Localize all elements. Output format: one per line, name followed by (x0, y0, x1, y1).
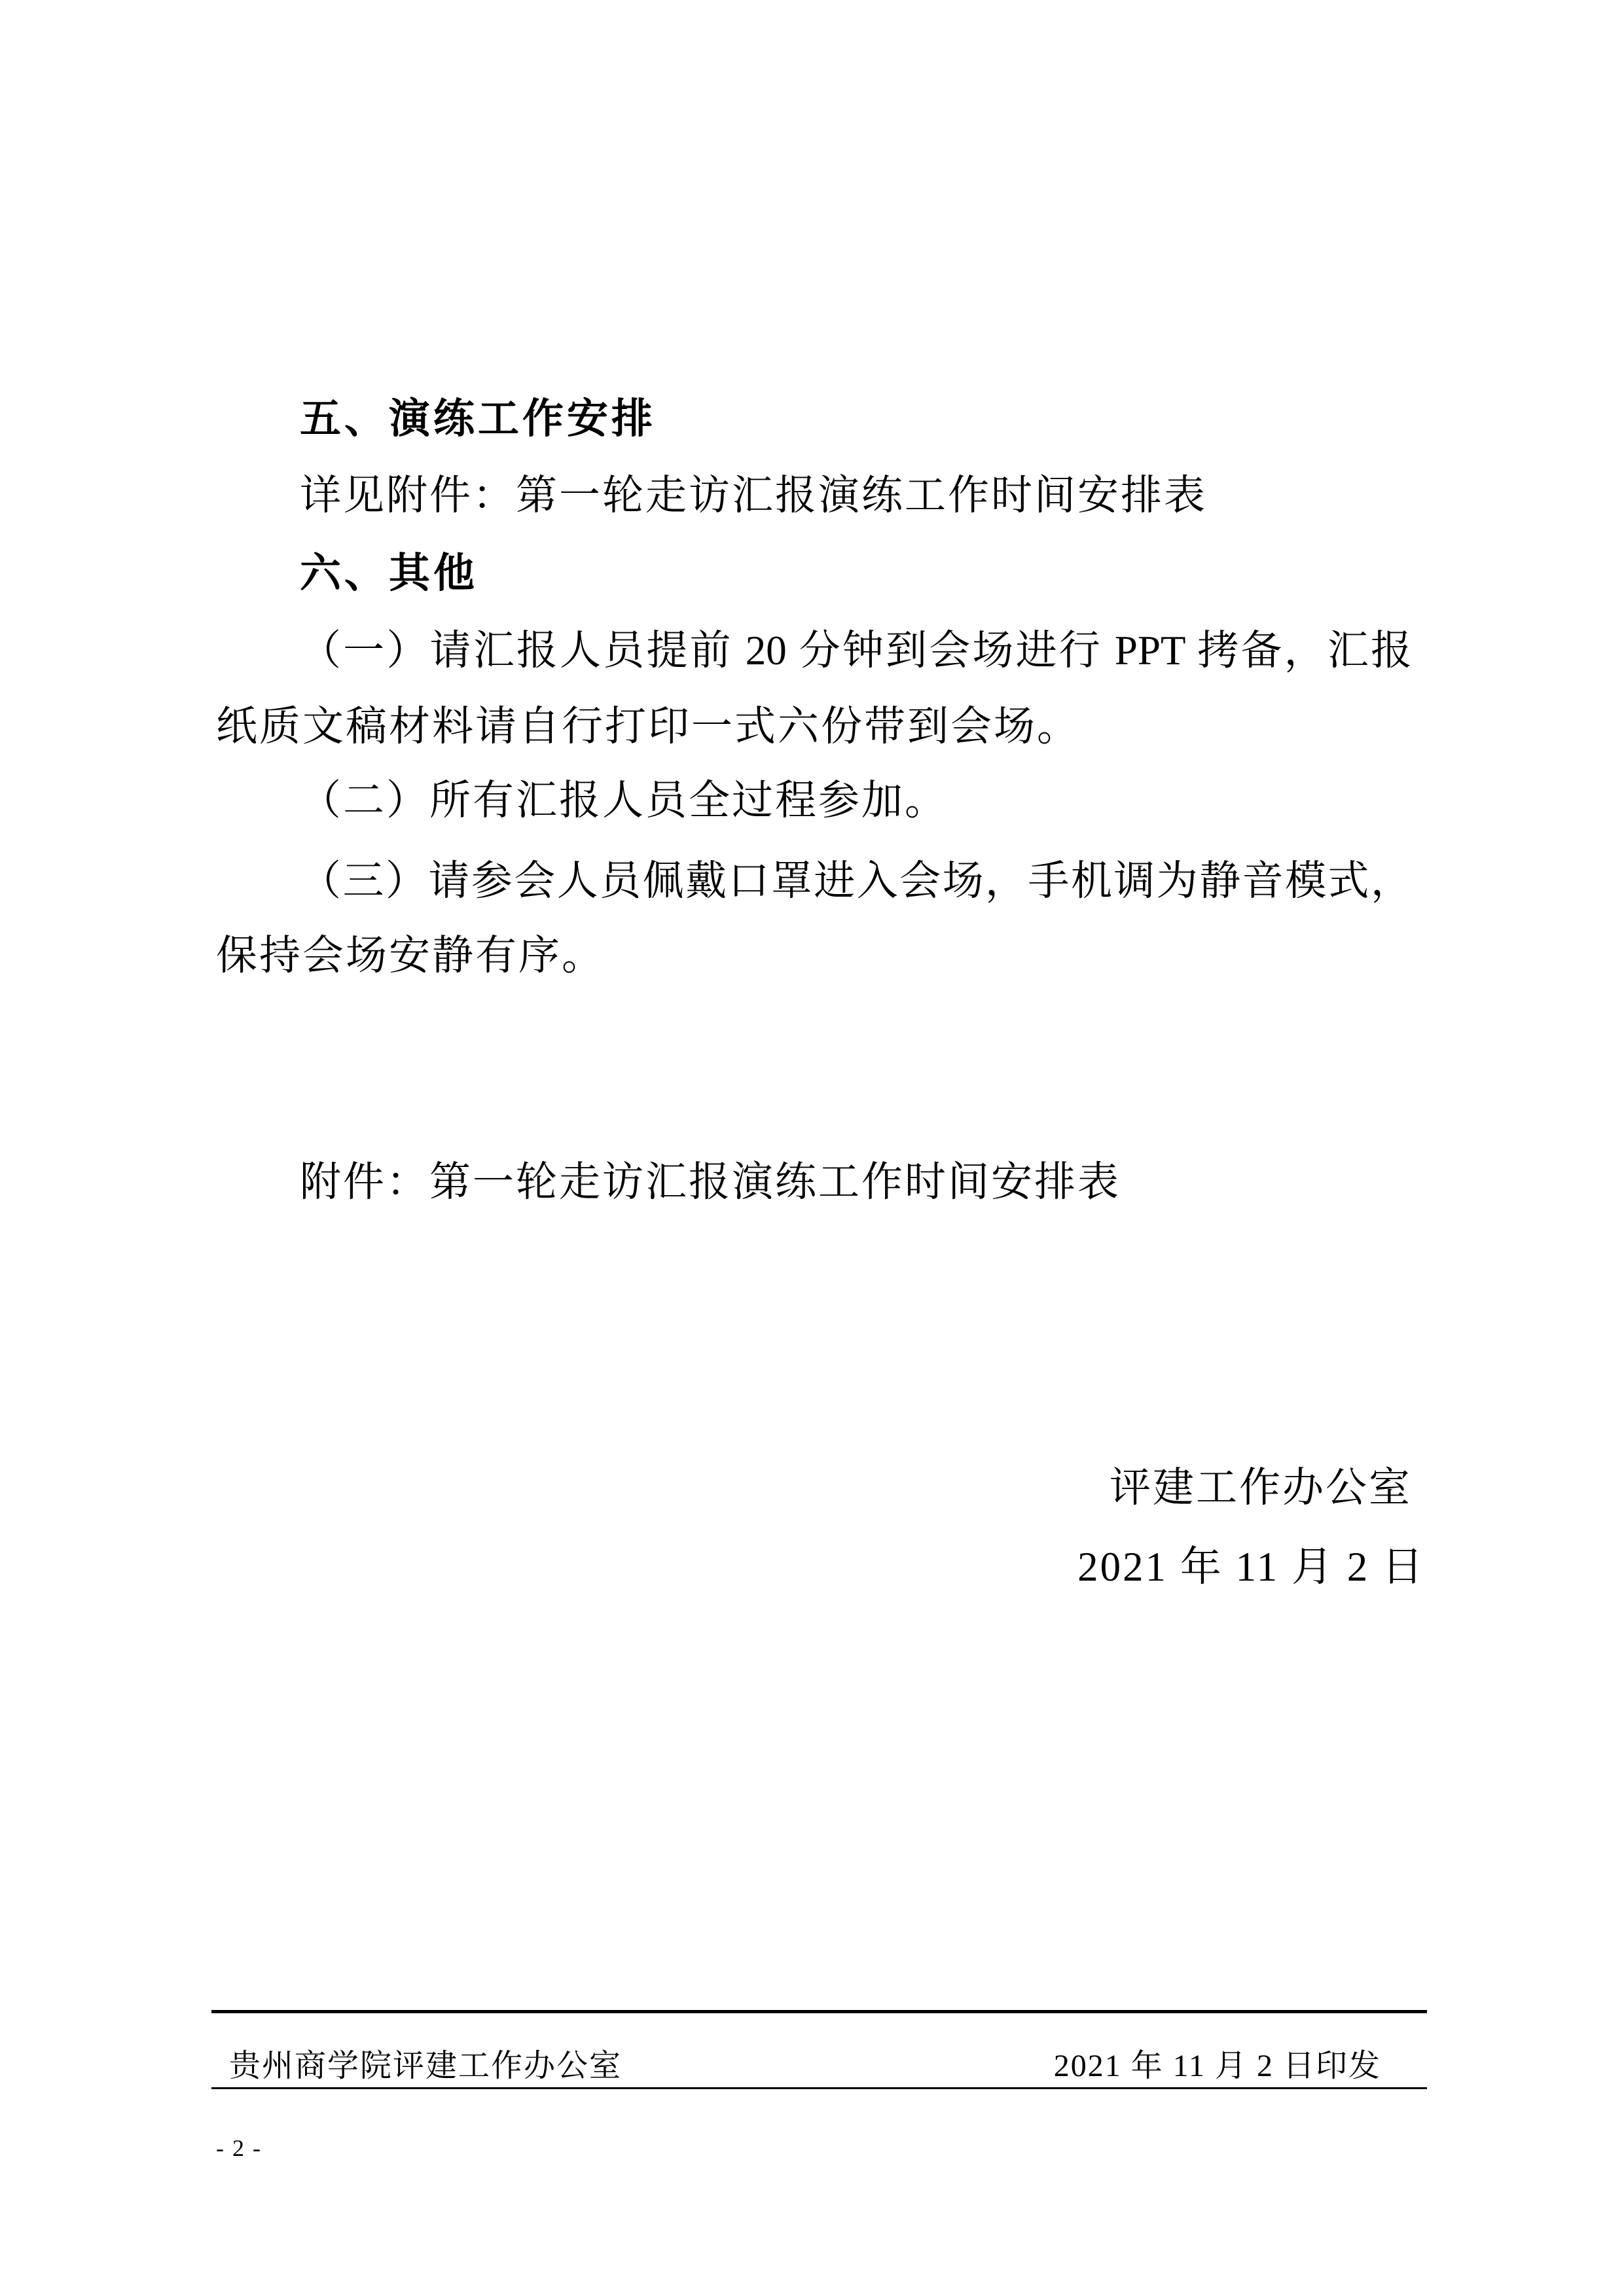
page-number: - 2 - (216, 2128, 262, 2168)
document-page: 五、演练工作安排 详见附件：第一轮走访汇报演练工作时间安排表 六、其他 （一）请… (0, 0, 1624, 2296)
attachment-reference: 附件：第一轮走访汇报演练工作时间安排表 (216, 1144, 1412, 1221)
item-one-line-2: 纸质文稿材料请自行打印一式六份带到会场。 (216, 689, 1412, 765)
item-two-line: （二）所有汇报人员全过程参加。 (216, 762, 1412, 839)
attachment-note-line: 详见附件：第一轮走访汇报演练工作时间安排表 (216, 457, 1412, 534)
section-five-heading: 五、演练工作安排 (216, 381, 1412, 457)
footer-rule-bottom (211, 2087, 1427, 2089)
item-one-line-1: （一）请汇报人员提前 20 分钟到会场进行 PPT 拷备，汇报 (216, 613, 1412, 689)
footer-row: 贵州商学院评建工作办公室 2021 年 11 月 2 日印发 (211, 2043, 1427, 2081)
section-six-heading: 六、其他 (216, 535, 1412, 612)
footer-issuer: 贵州商学院评建工作办公室 (229, 2040, 622, 2085)
signature-office: 评建工作办公室 (216, 1450, 1412, 1526)
item-three-line-2: 保持会场安静有序。 (216, 918, 1412, 994)
item-three-line-1: （三）请参会人员佩戴口罩进入会场，手机调为静音模式， (216, 843, 1412, 920)
footer-issue-date: 2021 年 11 月 2 日印发 (1054, 2040, 1381, 2085)
footer-rule-top (211, 2010, 1427, 2013)
signature-date: 2021 年 11 月 2 日 (229, 1529, 1425, 1605)
